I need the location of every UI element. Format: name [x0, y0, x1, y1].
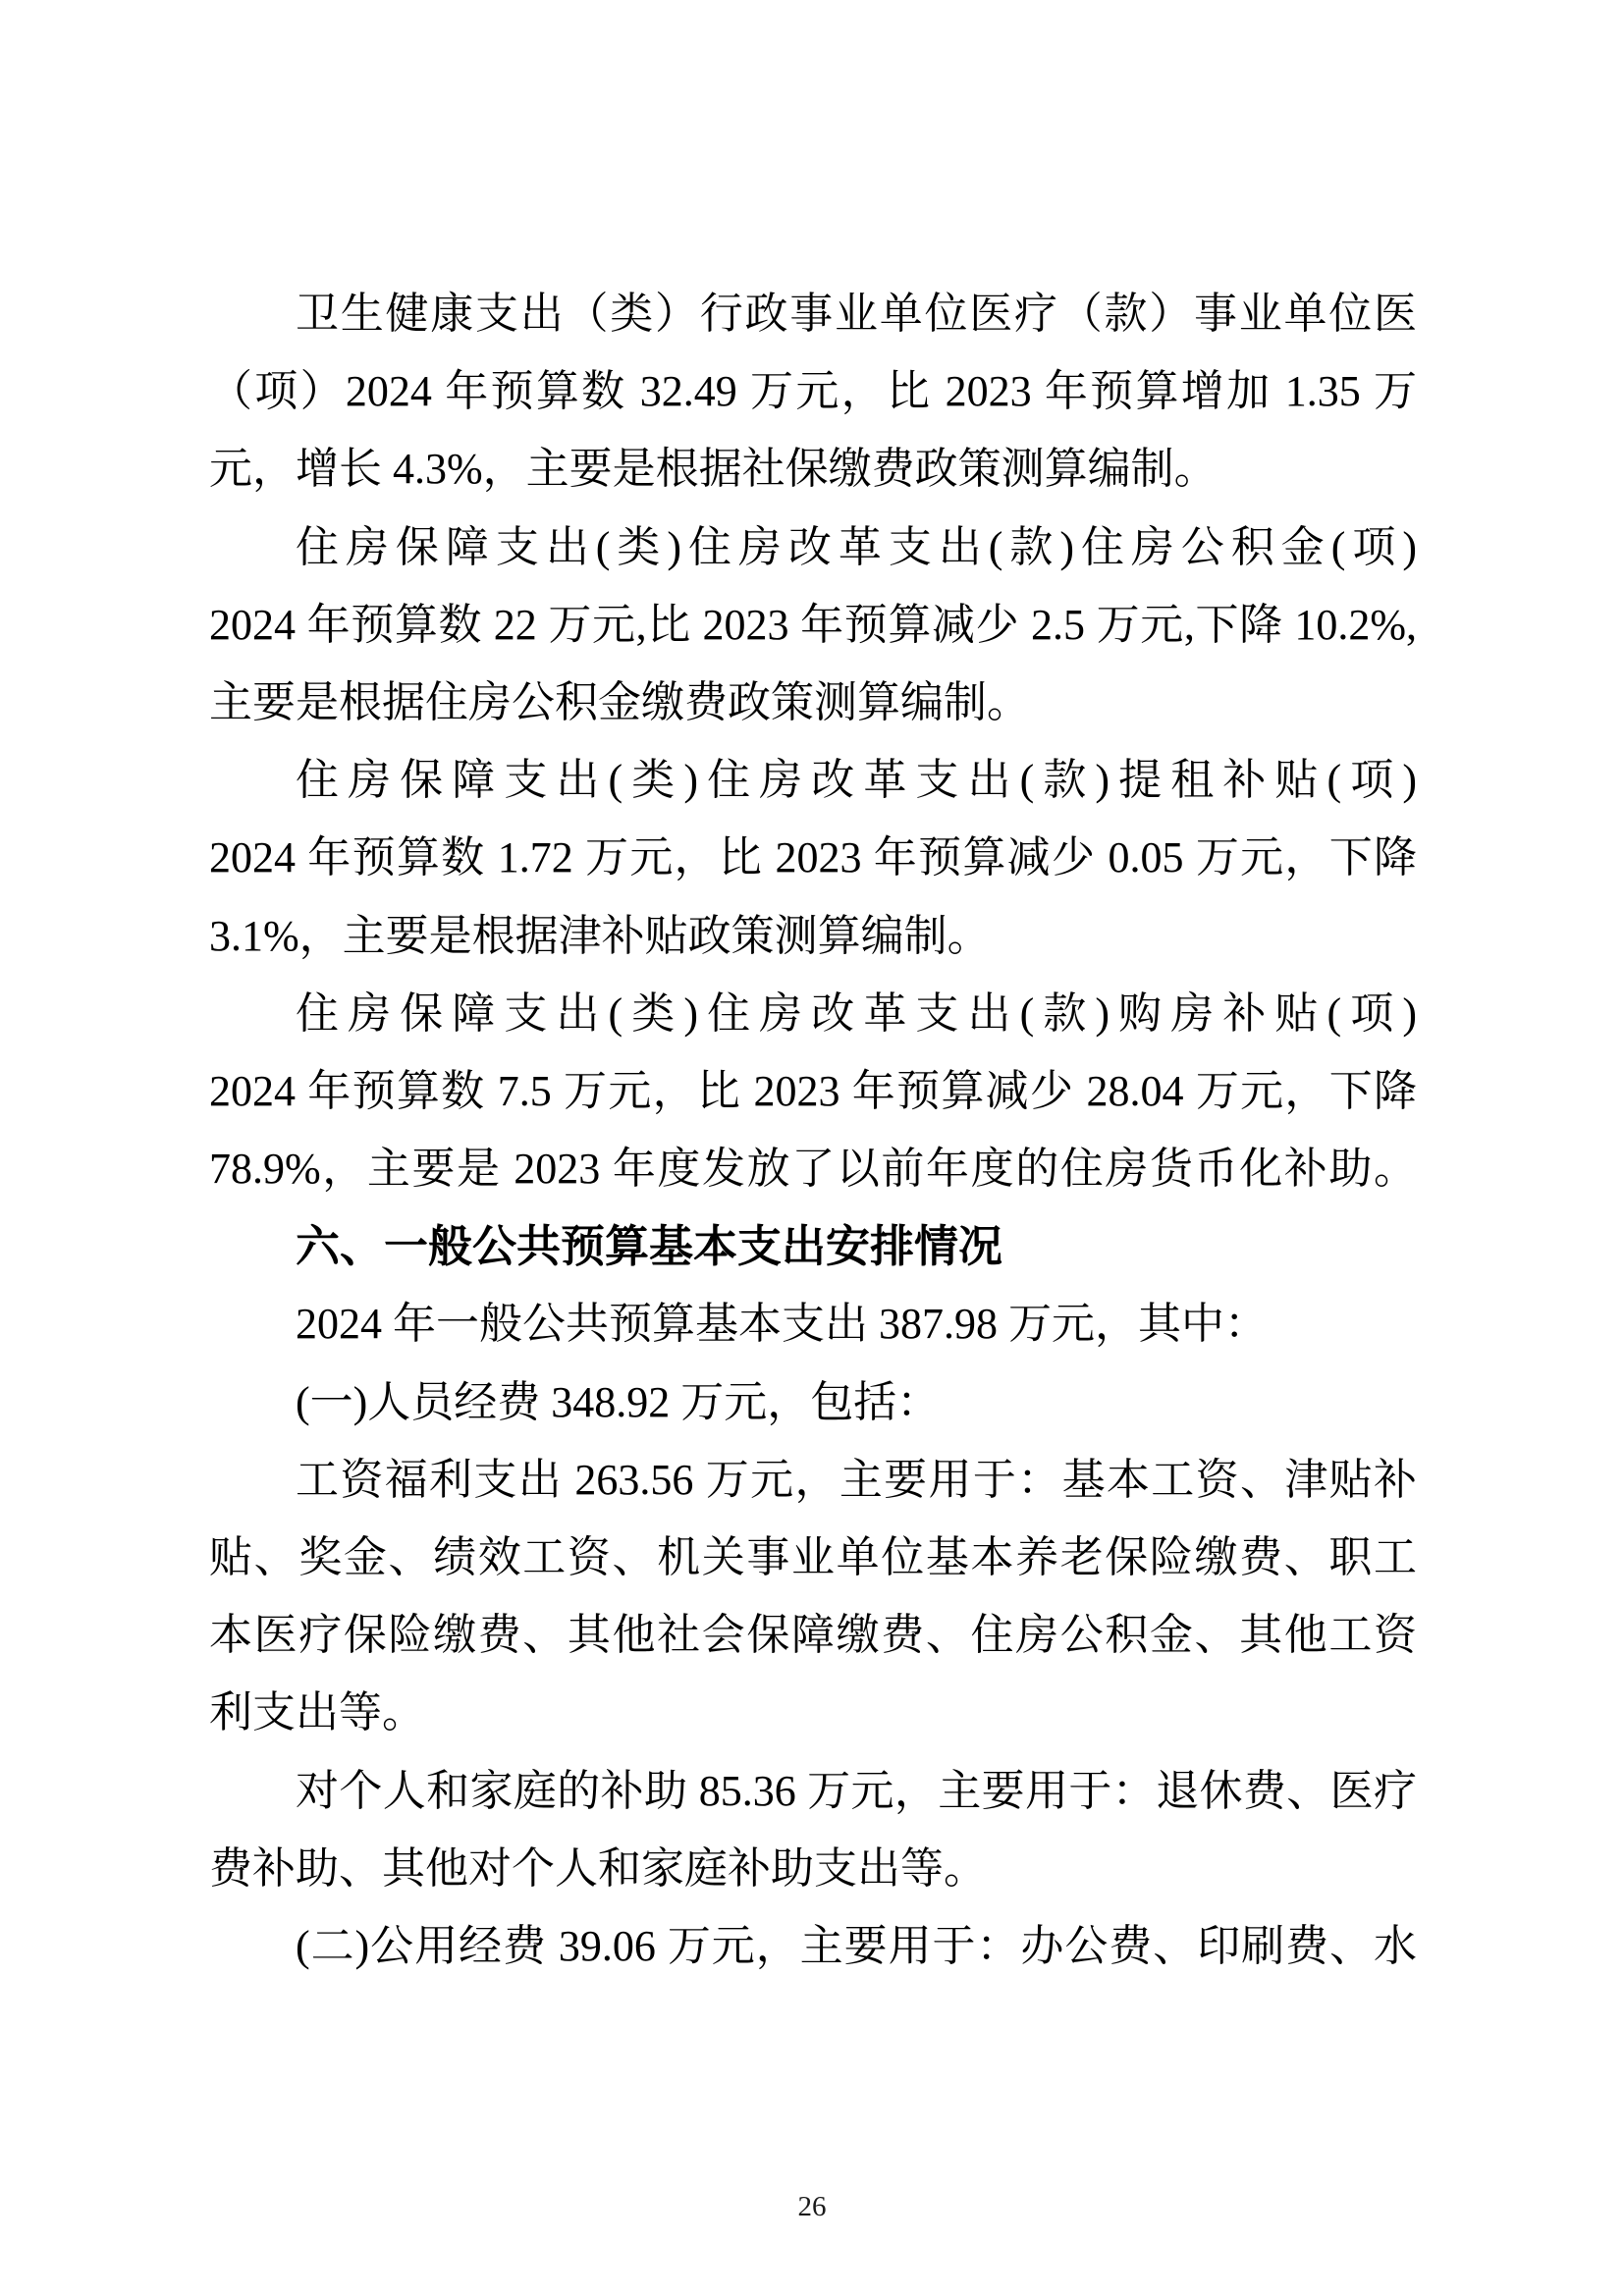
- page-number: 26: [0, 2189, 1624, 2224]
- section-heading: 六、一般公共预算基本支出安排情况: [209, 1207, 1417, 1285]
- text-line: 主要是根据住房公积金缴费政策测算编制。: [209, 664, 1417, 741]
- text-line: 卫生健康支出（类）行政事业单位医疗（款）事业单位医疗: [209, 275, 1417, 352]
- text-line: 2024 年预算数 22 万元,比 2023 年预算减少 2.5 万元,下降 1…: [209, 586, 1417, 664]
- text-line: 2024 年预算数 1.72 万元，比 2023 年预算减少 0.05 万元，下…: [209, 819, 1417, 896]
- text-line: 2024 年一般公共预算基本支出 387.98 万元，其中：: [209, 1285, 1417, 1362]
- text-line: 对个人和家庭的补助 85.36 万元，主要用于：退休费、医疗: [209, 1752, 1417, 1830]
- text-line: 住房保障支出(类)住房改革支出(款)住房公积金(项): [209, 508, 1417, 586]
- text-line: 工资福利支出 263.56 万元，主要用于：基本工资、津贴补: [209, 1441, 1417, 1519]
- text-line: 2024 年预算数 7.5 万元，比 2023 年预算减少 28.04 万元，下…: [209, 1052, 1417, 1130]
- text-line: 3.1%，主要是根据津补贴政策测算编制。: [209, 897, 1417, 975]
- text-line: 住房保障支出(类)住房改革支出(款)提租补贴(项): [209, 741, 1417, 819]
- text-line: 利支出等。: [209, 1674, 1417, 1751]
- text-line: 贴、奖金、绩效工资、机关事业单位基本养老保险缴费、职工基: [209, 1519, 1417, 1596]
- text-line: 费补助、其他对个人和家庭补助支出等。: [209, 1830, 1417, 1907]
- text-line: (一)人员经费 348.92 万元，包括：: [209, 1363, 1417, 1441]
- text-line: 住房保障支出(类)住房改革支出(款)购房补贴(项): [209, 975, 1417, 1052]
- text-line: 78.9%，主要是 2023 年度发放了以前年度的住房货币化补助。: [209, 1130, 1417, 1207]
- text-line: （项）2024 年预算数 32.49 万元，比 2023 年预算增加 1.35 …: [209, 352, 1417, 430]
- document-body: 卫生健康支出（类）行政事业单位医疗（款）事业单位医疗 （项）2024 年预算数 …: [209, 275, 1417, 1985]
- text-line: 本医疗保险缴费、其他社会保障缴费、住房公积金、其他工资福: [209, 1596, 1417, 1674]
- text-line: 元，增长 4.3%，主要是根据社保缴费政策测算编制。: [209, 430, 1417, 507]
- text-line: (二)公用经费 39.06 万元，主要用于：办公费、印刷费、水: [209, 1907, 1417, 1985]
- document-page: 卫生健康支出（类）行政事业单位医疗（款）事业单位医疗 （项）2024 年预算数 …: [0, 0, 1624, 2296]
